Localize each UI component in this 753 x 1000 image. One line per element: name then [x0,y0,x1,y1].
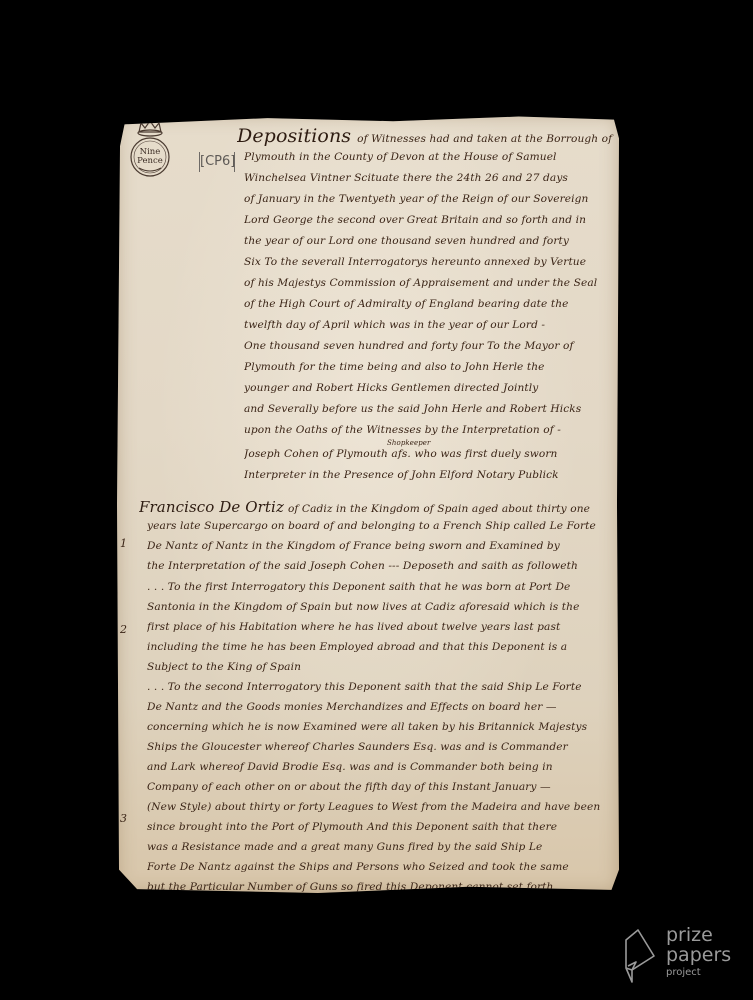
answer-line: Subject to the King of Spain [147,661,617,673]
preamble-line: of January in the Twentyeth year of the … [244,193,616,205]
answer-line: Forte De Nantz against the Ships and Per… [147,861,617,873]
interlinear-note: Shopkeeper [387,439,467,447]
revenue-stamp-icon: Nine Pence [123,118,177,188]
heading-word: Depositions [237,125,351,147]
deposition-line: the Interpretation of the said Joseph Co… [147,560,617,572]
answer-line: including the time he has been Employed … [147,641,617,653]
preamble-line: Plymouth for the time being and also to … [244,361,616,373]
deponent-name: Francisco De Ortiz [139,498,284,516]
answer-line: concerning which he is now Examined were… [147,721,617,733]
preamble-line: Joseph Cohen of Plymouth afs. who was fi… [244,448,616,460]
preamble-line: Plymouth in the County of Devon at the H… [244,151,616,163]
answer-line: Ships the Gloucester whereof Charles Sau… [147,741,617,753]
answer-line: Santonia in the Kingdom of Spain but now… [147,601,617,613]
answer-line: (New Style) about thirty or forty League… [147,801,617,813]
deposition-line: De Nantz of Nantz in the Kingdom of Fran… [147,540,617,552]
preamble-line: twelfth day of April which was in the ye… [244,319,616,331]
answer-line: first place of his Habitation where he h… [147,621,617,633]
preamble-line: Interpreter in the Presence of John Elfo… [244,469,616,481]
preamble-line: the year of our Lord one thousand seven … [244,235,616,247]
answer-line: . . . To the second Interrogatory this D… [147,681,617,693]
answer-line: since brought into the Port of Plymouth … [147,821,617,833]
preamble-line: and Severally before us the said John He… [244,403,616,415]
answer-line: was a Resistance made and a great many G… [147,841,617,853]
manuscript-page: Nine Pence [CP6] Depositionsof Witnesses… [117,115,619,893]
preamble-line: of the High Court of Admiralty of Englan… [244,298,616,310]
preamble-line: One thousand seven hundred and forty fou… [244,340,616,352]
answer-number: 1 [120,537,127,550]
preamble-line: Lord George the second over Great Britai… [244,214,616,226]
answer-line: De Nantz and the Goods monies Merchandiz… [147,701,617,713]
preamble-line: Six To the severall Interrogatorys hereu… [244,256,616,268]
answer-line: and Lark whereof David Brodie Esq. was a… [147,761,617,773]
answer-line: Company of each other on or about the fi… [147,781,617,793]
answer-number: 2 [120,623,127,636]
deponent-line: Francisco De Ortizof Cadiz in the Kingdo… [139,498,617,516]
prize-papers-watermark: prize papers project [618,922,738,987]
answer-line: but the Particular Number of Guns so fir… [147,881,617,893]
preamble-line: upon the Oaths of the Witnesses by the I… [244,424,616,436]
folded-paper-logo-icon [622,926,658,984]
watermark-text: prize papers project [666,925,731,981]
heading-line: Depositionsof Witnesses had and taken at… [237,125,617,147]
svg-text:Pence: Pence [137,156,163,166]
deposition-line: years late Supercargo on board of and be… [147,520,617,532]
preamble-line: of his Majestys Commission of Appraiseme… [244,277,616,289]
archive-reference-mark: [CP6] [199,152,235,172]
preamble-line: younger and Robert Hicks Gentlemen direc… [244,382,616,394]
answer-line: . . . To the first Interrogatory this De… [147,581,617,593]
preamble-line: Winchelsea Vintner Scituate there the 24… [244,172,616,184]
